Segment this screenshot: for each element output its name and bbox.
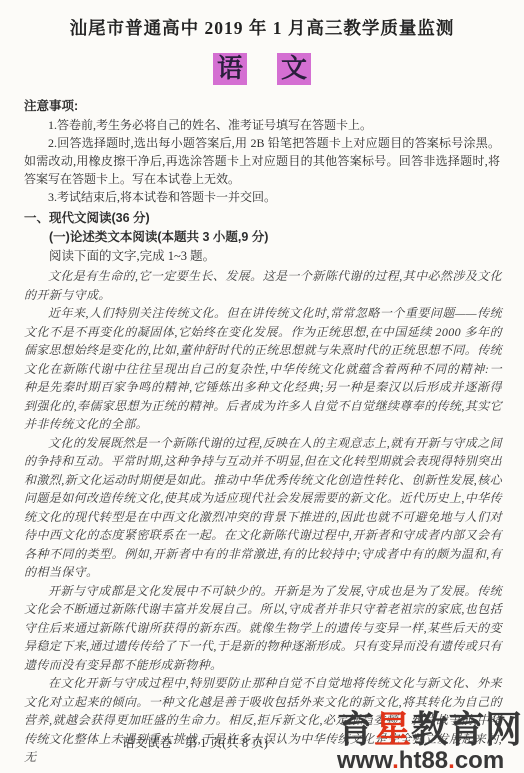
- page-footer: 语文试卷 第 1 页(共 8 页): [0, 733, 390, 751]
- passage-paragraph: 开新与守成都是文化发展中不可缺少的。开新是为了发展,守成也是为了发展。传统文化会…: [24, 582, 502, 675]
- passage-paragraph: 文化是有生命的,它一定要生长、发展。这是一个新陈代谢的过程,其中必然涉及文化的开…: [24, 267, 502, 304]
- publisher-watermark: 育星教育网 www.ht88.com: [337, 711, 522, 773]
- section-heading-modern-reading: 一、现代文阅读(36 分): [24, 209, 500, 228]
- logo-char: 网: [485, 709, 522, 750]
- exam-title: 汕尾市普通高中 2019 年 1 月高三教学质量监测: [0, 15, 524, 40]
- url-segment: ht88: [399, 747, 448, 773]
- url-segment: www: [337, 747, 392, 773]
- logo-char: 育: [337, 709, 374, 750]
- section-headings: 一、现代文阅读(36 分) (一)论述类文本阅读(本题共 3 小题,9 分) 阅…: [24, 209, 500, 266]
- subject-char-highlighted: 文: [277, 53, 311, 85]
- url-dot: .: [392, 747, 399, 773]
- url-segment: com: [455, 747, 504, 773]
- subsection-heading-argumentative-reading: (一)论述类文本阅读(本题共 3 小题,9 分): [24, 228, 500, 247]
- subject-char-highlighted: 语: [213, 53, 247, 85]
- logo-char: 育: [448, 709, 485, 750]
- reading-instruction: 阅读下面的文字,完成 1~3 题。: [24, 247, 500, 266]
- notice-heading: 注意事项:: [24, 97, 500, 115]
- passage-paragraph: 文化的发展既然是一个新陈代谢的过程,反映在人的主观意志上,就有开新与守成之间的争…: [24, 434, 502, 582]
- url-dot: .: [448, 747, 455, 773]
- publisher-logo-text: 育星教育网: [337, 711, 522, 748]
- publisher-url: www.ht88.com: [337, 749, 522, 773]
- notice-item: 1.答卷前,考生务必将自己的姓名、准考证号填写在答题卡上。: [24, 116, 500, 134]
- logo-char: 教: [411, 709, 448, 750]
- notice-item: 2.回答选择题时,选出每小题答案后,用 2B 铅笔把答题卡上对应题目的答案标号涂…: [24, 134, 500, 188]
- passage-paragraph: 近年来,人们特别关注传统文化。但在讲传统文化时,常常忽略一个重要问题——传统文化…: [24, 304, 502, 434]
- exam-paper-page: 汕尾市普通高中 2019 年 1 月高三教学质量监测 语 文 注意事项: 1.答…: [0, 0, 524, 773]
- notice-section: 注意事项: 1.答卷前,考生务必将自己的姓名、准考证号填写在答题卡上。 2.回答…: [24, 97, 500, 206]
- reading-passage: 文化是有生命的,它一定要生长、发展。这是一个新陈代谢的过程,其中必然涉及文化的开…: [24, 267, 502, 767]
- notice-item: 3.考试结束后,将本试卷和答题卡一并交回。: [24, 188, 500, 206]
- logo-char-red: 星: [374, 709, 411, 750]
- subject-title: 语 文: [0, 53, 524, 85]
